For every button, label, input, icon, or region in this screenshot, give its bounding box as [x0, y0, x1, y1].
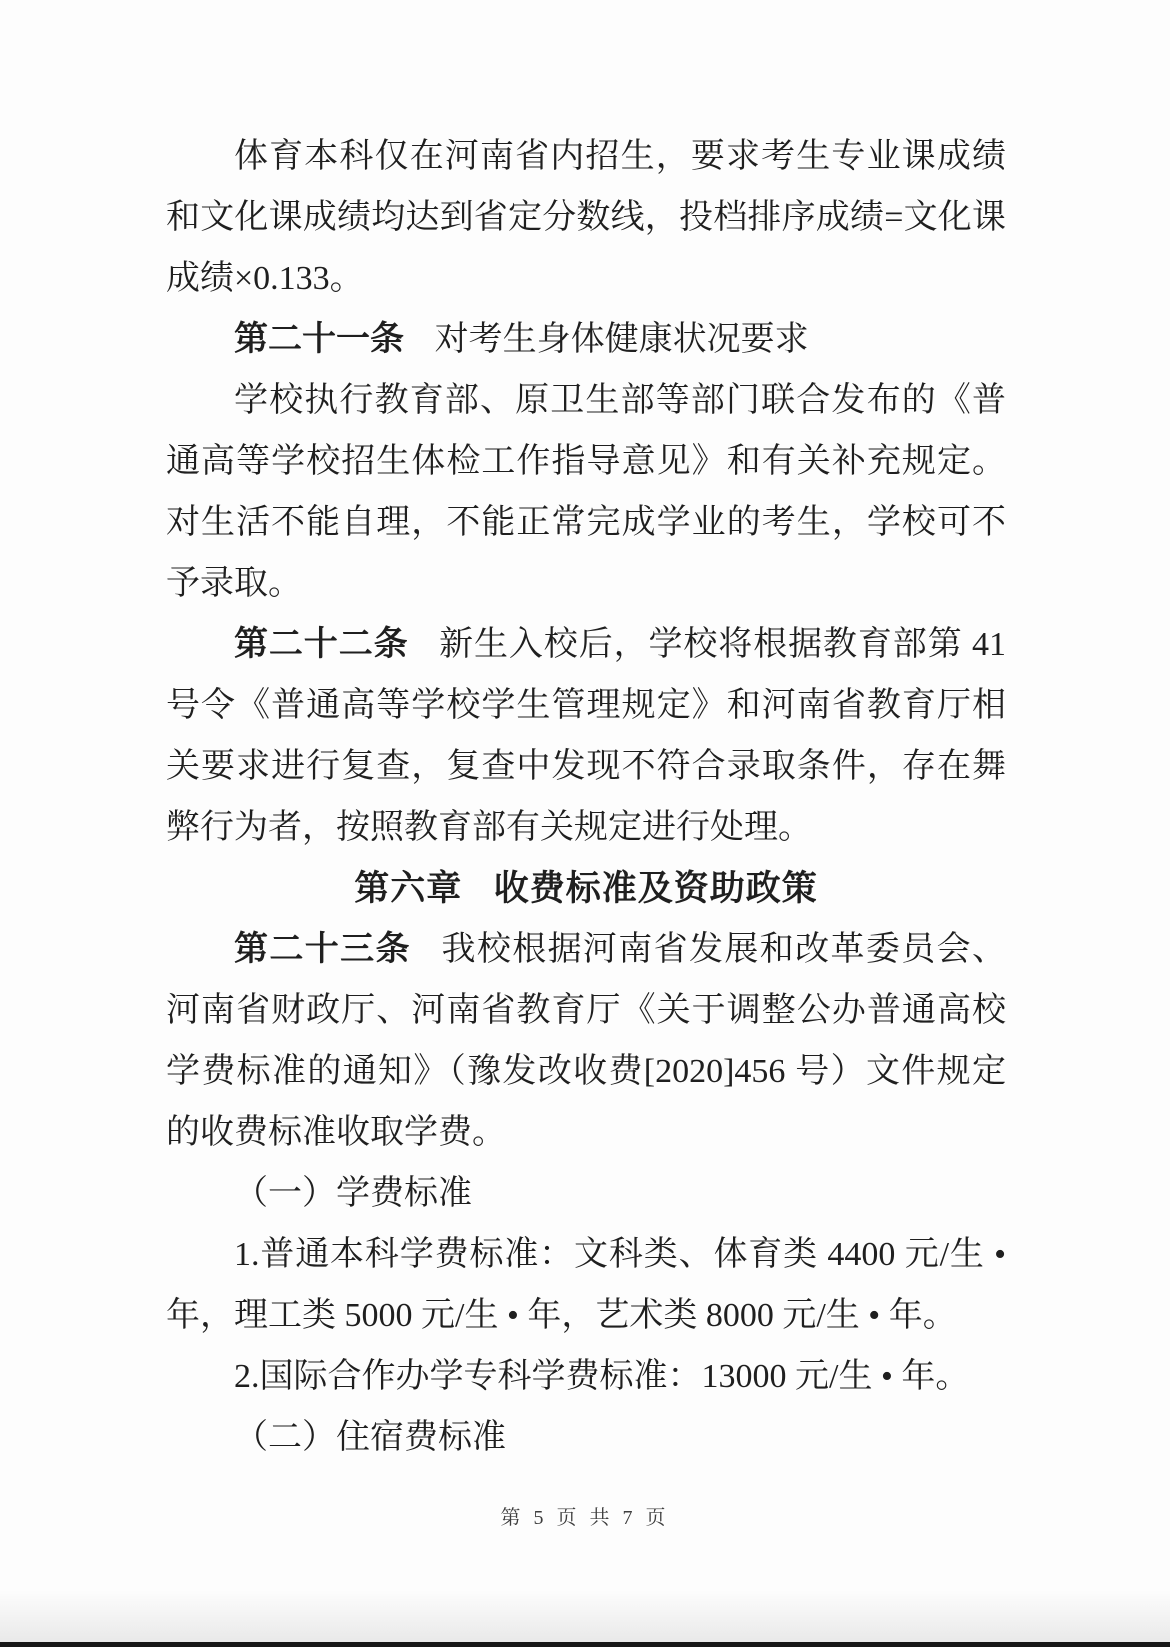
item-tuition-undergraduate: 1.普通本科学费标准：文科类、体育类 4400 元/生 • 年，理工类 5000…: [166, 1224, 1006, 1346]
article-22-number: 第二十二条: [234, 626, 409, 663]
chapter-6-title: 收费标准及资助政策: [494, 869, 818, 908]
article-23-number: 第二十三条: [234, 931, 411, 968]
paragraph-sports-admission: 体育本科仅在河南省内招生，要求考生专业课成绩和文化课成绩均达到省定分数线，投档排…: [166, 126, 1006, 309]
chapter-6-heading: 第六章收费标准及资助政策: [166, 858, 1006, 919]
paragraph-article-22: 第二十二条新生入校后，学校将根据教育部第 41 号令《普通高等学校学生管理规定》…: [166, 614, 1006, 858]
page-number: 第 5 页 共 7 页: [0, 1501, 1170, 1530]
item-tuition-international: 2.国际合作办学专科学费标准：13000 元/生 • 年。: [166, 1346, 1006, 1407]
paragraph-article-23: 第二十三条我校根据河南省发展和改革委员会、河南省财政厅、河南省教育厅《关于调整公…: [166, 919, 1006, 1163]
item-tuition-standard-header: （一）学费标准: [166, 1163, 1006, 1224]
paragraph-health-check: 学校执行教育部、原卫生部等部门联合发布的《普通高等学校招生体检工作指导意见》和有…: [166, 370, 1006, 614]
document-body: 体育本科仅在河南省内招生，要求考生专业课成绩和文化课成绩均达到省定分数线，投档排…: [166, 126, 1006, 1468]
item-accommodation-standard-header: （二）住宿费标准: [166, 1407, 1006, 1468]
page-bottom-shadow: [0, 1590, 1170, 1642]
paragraph-article-21: 第二十一条对考生身体健康状况要求: [166, 309, 1006, 370]
document-page: 体育本科仅在河南省内招生，要求考生专业课成绩和文化课成绩均达到省定分数线，投档排…: [0, 0, 1170, 1647]
chapter-6-number: 第六章: [354, 869, 462, 908]
article-21-text: 对考生身体健康状况要求: [435, 321, 809, 358]
page-bottom-edge: [0, 1642, 1170, 1647]
article-21-number: 第二十一条: [234, 321, 404, 358]
